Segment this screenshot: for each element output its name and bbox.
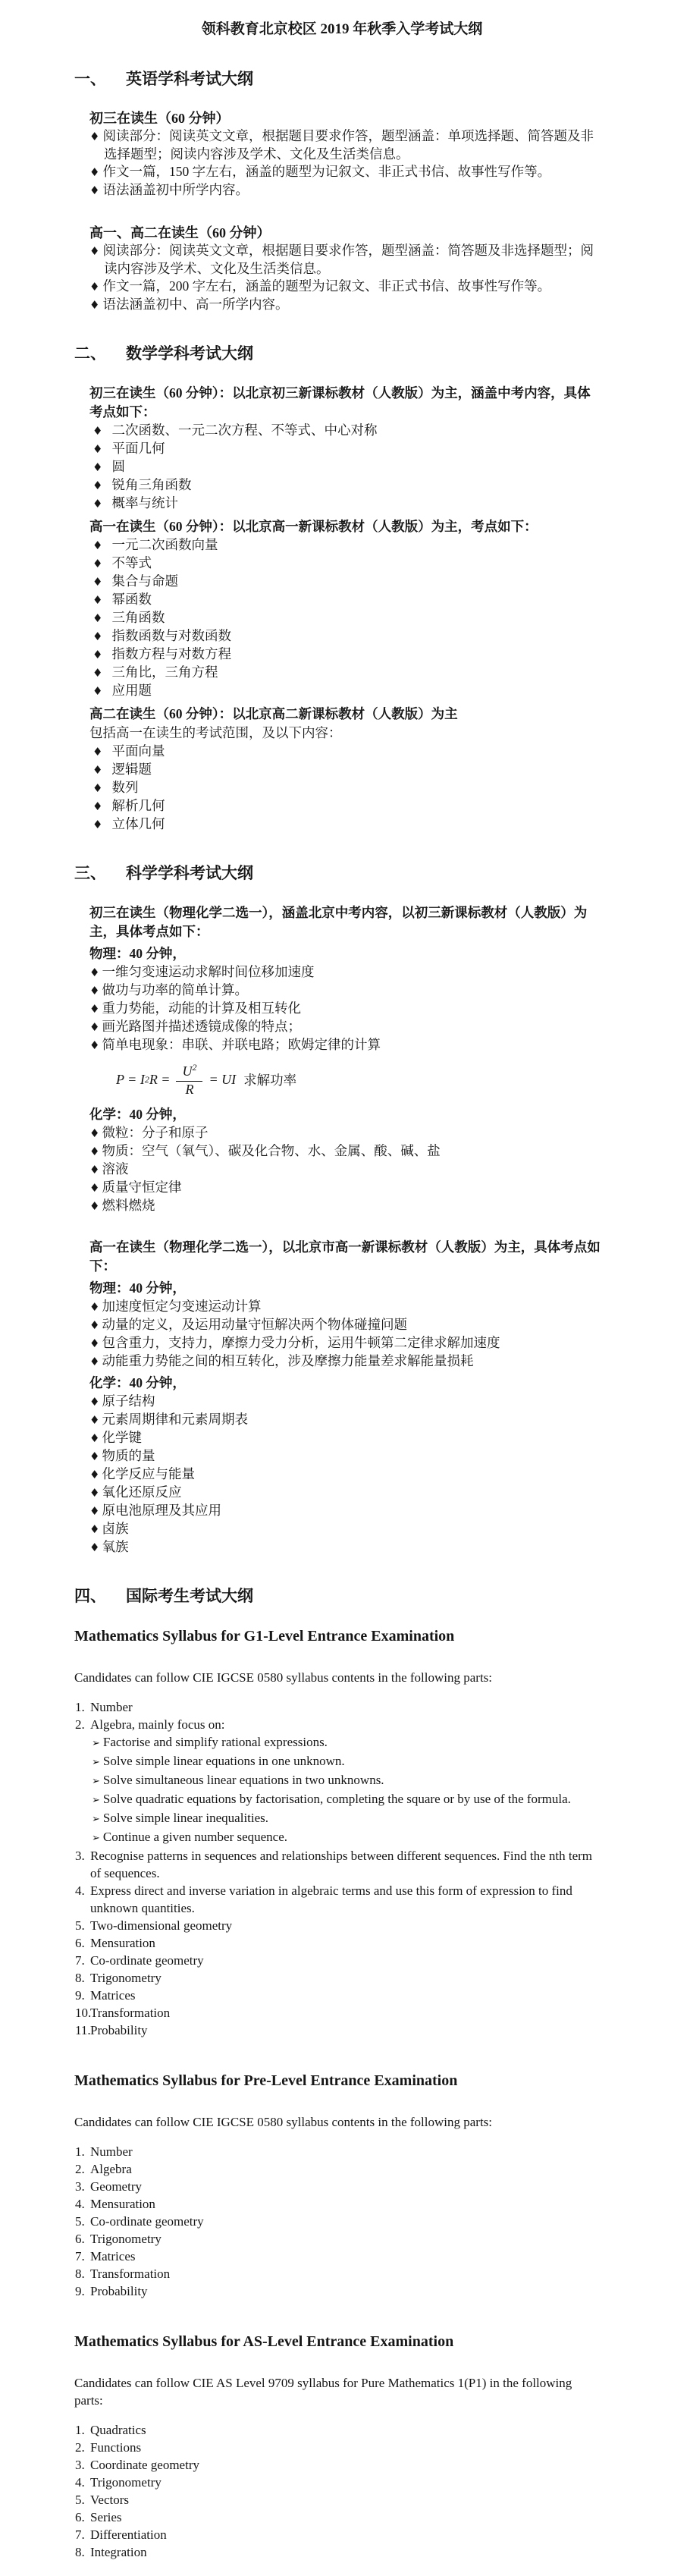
bullet-text: 应用题 <box>111 683 152 698</box>
section-number: 一、 <box>74 70 106 88</box>
diamond-bullet-icon: ♦ <box>89 1337 99 1350</box>
section-heading: 一、英语学科考试大纲 <box>74 68 603 90</box>
arrow-bullet-icon: ➢ <box>92 1814 100 1825</box>
item-text: Number <box>90 2144 133 2159</box>
diamond-bullet-icon: ♦ <box>89 1355 99 1368</box>
item-number: 1. <box>75 2421 85 2439</box>
bullet-text: 原子结构 <box>102 1393 155 1409</box>
diamond-bullet-icon: ♦ <box>89 165 99 179</box>
item-text: Quadratics <box>90 2423 146 2437</box>
diamond-bullet-icon: ♦ <box>89 280 99 294</box>
en-intro-paragraph: Candidates can follow CIE IGCSE 0580 syl… <box>74 2113 603 2131</box>
item-number: 7. <box>75 2248 85 2265</box>
bullet-text: 氧族 <box>102 1539 128 1554</box>
diamond-bullet-icon: ♦ <box>93 781 102 795</box>
diamond-bullet-icon: ♦ <box>89 1038 99 1052</box>
en-list-item: 2.Functions <box>74 2439 603 2456</box>
bullet-item: ♦平面几何 <box>89 440 603 458</box>
section-title: 科学学科考试大纲 <box>126 864 253 882</box>
diamond-bullet-icon: ♦ <box>93 630 102 643</box>
en-list-item: 7.Differentiation <box>74 2526 603 2543</box>
bullet-text: 指数函数与对数函数 <box>111 628 231 643</box>
item-number: 5. <box>75 1917 85 1934</box>
item-text: Vectors <box>90 2493 129 2507</box>
bullet-item: ♦氧化还原反应 <box>89 1484 603 1502</box>
bullet-item: ♦解析几何 <box>89 797 603 815</box>
section-title: 英语学科考试大纲 <box>126 70 253 88</box>
bullet-item: ♦阅读部分：阅读英文文章，根据题目要求作答，题型涵盖：单项选择题、简答题及非选择… <box>89 127 603 163</box>
item-text: Algebra <box>90 2162 132 2176</box>
bullet-item: ♦三角比，三角方程 <box>89 664 603 682</box>
item-number: 8. <box>75 2543 85 2561</box>
section-number: 四、 <box>74 1587 106 1605</box>
arrow-item-text: Solve simple linear inequalities. <box>103 1811 268 1825</box>
bullet-item: ♦语法涵盖初中所学内容。 <box>89 181 603 199</box>
bullet-text: 指数方程与对数方程 <box>111 646 231 661</box>
bullet-item: ♦化学反应与能量 <box>89 1465 603 1484</box>
diamond-bullet-icon: ♦ <box>89 130 99 143</box>
bullet-list: ♦一元二次函数向量♦不等式♦集合与命题♦幂函数♦三角函数♦指数函数与对数函数♦指… <box>89 536 603 700</box>
bullet-list: ♦阅读部分：阅读英文文章，根据题目要求作答，题型涵盖：单项选择题、简答题及非选择… <box>89 127 603 199</box>
en-list-item: 6.Trigonometry <box>74 2230 603 2248</box>
item-text: Matrices <box>90 2249 135 2263</box>
item-number: 11. <box>75 2022 91 2039</box>
en-list-item: 10.Transformation <box>74 2004 603 2022</box>
item-number: 9. <box>75 2282 85 2300</box>
fraction-denominator: R <box>185 1082 193 1098</box>
arrow-item: ➢Continue a given number sequence. <box>90 1828 603 1847</box>
bullet-list: ♦阅读部分：阅读英文文章，根据题目要求作答，题型涵盖：简答题及非选择题型；阅读内… <box>89 242 603 314</box>
bullet-list: ♦二次函数、一元二次方程、不等式、中心对称♦平面几何♦圆♦锐角三角函数♦概率与统… <box>89 422 603 513</box>
item-text: Series <box>90 2510 122 2524</box>
bold-paragraph: 高一在读生（物理化学二选一），以北京市高一新课标教材（人教版）为主，具体考点如下… <box>89 1238 603 1276</box>
diamond-bullet-icon: ♦ <box>89 184 99 197</box>
bullet-text: 集合与命题 <box>111 573 178 589</box>
bullet-text: 动量的定义，及运用动量守恒解决两个物体碰撞问题 <box>102 1317 407 1332</box>
diamond-bullet-icon: ♦ <box>89 1300 99 1314</box>
fraction-num-sup: 2 <box>192 1062 196 1073</box>
bullet-text: 不等式 <box>111 555 152 570</box>
item-number: 8. <box>75 2265 85 2282</box>
en-numbered-list: 1.Number2.Algebra3.Geometry4.Mensuration… <box>74 2143 603 2300</box>
bullet-text: 二次函数、一元二次方程、不等式、中心对称 <box>111 423 377 438</box>
bullet-item: ♦圆 <box>89 458 603 476</box>
item-number: 2. <box>75 2160 85 2178</box>
item-text: Probability <box>90 2284 148 2298</box>
diamond-bullet-icon: ♦ <box>89 1318 99 1332</box>
formula-pre-base: P = I <box>116 1072 145 1088</box>
bullet-text: 阅读部分：阅读英文文章，根据题目要求作答，题型涵盖：单项选择题、简答题及非选择题… <box>102 128 594 162</box>
bold-paragraph: 初三在读生（60 分钟）：以北京初三新课标教材（人教版）为主，涵盖中考内容，具体… <box>89 384 603 422</box>
bullet-text: 一元二次函数向量 <box>111 537 218 552</box>
paragraph: 包括高一在读生的考试范围，及以下内容： <box>89 724 603 743</box>
bullet-text: 解析几何 <box>111 798 165 813</box>
bold-paragraph: 物理：40 分钟， <box>89 944 603 963</box>
diamond-bullet-icon: ♦ <box>93 575 102 589</box>
diamond-bullet-icon: ♦ <box>89 1522 99 1536</box>
diamond-bullet-icon: ♦ <box>93 442 102 456</box>
en-list-item: 5.Vectors <box>74 2491 603 2508</box>
bullet-text: 微粒：分子和原子 <box>102 1125 208 1140</box>
bullet-text: 重力势能，动能的计算及相互转化 <box>102 1001 301 1016</box>
diamond-bullet-icon: ♦ <box>93 479 102 492</box>
arrow-bullet-icon: ➢ <box>92 1757 100 1768</box>
bullet-list: ♦一维匀变速运动求解时间位移加速度♦做功与功率的简单计算。♦重力势能，动能的计算… <box>89 963 603 1054</box>
diamond-bullet-icon: ♦ <box>89 1020 99 1034</box>
bold-paragraph: 高二在读生（60 分钟）：以北京高二新课标教材（人教版）为主 <box>89 705 603 724</box>
bullet-item: ♦锐角三角函数 <box>89 476 603 495</box>
bullet-text: 一维匀变速运动求解时间位移加速度 <box>102 964 314 979</box>
bullet-text: 包含重力，支持力，摩擦力受力分析，运用牛顿第二定律求解加速度 <box>102 1335 500 1350</box>
item-number: 6. <box>75 2508 85 2526</box>
en-list-item: 8.Trigonometry <box>74 1969 603 1987</box>
bullet-item: ♦一维匀变速运动求解时间位移加速度 <box>89 963 603 982</box>
bullet-item: ♦溶液 <box>89 1161 603 1179</box>
diamond-bullet-icon: ♦ <box>89 244 99 258</box>
item-text: Integration <box>90 2545 147 2559</box>
power-formula: P = I2R =U2R= UI求解功率 <box>116 1062 603 1098</box>
bullet-text: 质量守恒定律 <box>102 1180 181 1195</box>
item-text: Matrices <box>90 1988 135 2003</box>
en-list-item: 2.Algebra <box>74 2160 603 2178</box>
bullet-item: ♦物质：空气（氧气）、碳及化合物、水、金属、酸、碱、盐 <box>89 1142 603 1161</box>
bullet-item: ♦立体几何 <box>89 815 603 834</box>
en-list-item: 4.Trigonometry <box>74 2474 603 2491</box>
diamond-bullet-icon: ♦ <box>93 539 102 552</box>
bullet-text: 概率与统计 <box>111 495 178 510</box>
diamond-bullet-icon: ♦ <box>89 1163 99 1176</box>
bullet-item: ♦指数方程与对数方程 <box>89 646 603 664</box>
item-text: Coordinate geometry <box>90 2458 199 2472</box>
en-list-item: 4.Express direct and inverse variation i… <box>74 1882 603 1917</box>
arrow-bullet-icon: ➢ <box>92 1776 100 1787</box>
diamond-bullet-icon: ♦ <box>93 424 102 438</box>
item-text: Recognise patterns in sequences and rela… <box>90 1849 592 1880</box>
en-list-item: 1.Quadratics <box>74 2421 603 2439</box>
en-list-item: 7.Co-ordinate geometry <box>74 1952 603 1969</box>
en-numbered-list: 1.Quadratics2.Functions3.Coordinate geom… <box>74 2421 603 2561</box>
subsection-heading: 初三在读生（60 分钟） <box>89 109 603 127</box>
diamond-bullet-icon: ♦ <box>93 593 102 607</box>
diamond-bullet-icon: ♦ <box>93 800 102 813</box>
item-text: Mensuration <box>90 1936 155 1950</box>
bullet-text: 锐角三角函数 <box>111 477 191 492</box>
bullet-text: 化学反应与能量 <box>102 1466 195 1481</box>
en-list-item: 3.Coordinate geometry <box>74 2456 603 2474</box>
diamond-bullet-icon: ♦ <box>89 1413 99 1427</box>
bullet-item: ♦重力势能，动能的计算及相互转化 <box>89 1000 603 1018</box>
item-number: 4. <box>75 2195 85 2213</box>
en-list-item: 3.Geometry <box>74 2178 603 2195</box>
en-intro-paragraph: Candidates can follow CIE AS Level 9709 … <box>74 2374 603 2409</box>
item-text: Trigonometry <box>90 1971 162 1985</box>
arrow-item: ➢Solve simultaneous linear equations in … <box>90 1771 603 1790</box>
item-text: Number <box>90 1700 133 1714</box>
diamond-bullet-icon: ♦ <box>89 1450 99 1463</box>
diamond-bullet-icon: ♦ <box>93 666 102 680</box>
diamond-bullet-icon: ♦ <box>89 1431 99 1445</box>
arrow-item-text: Factorise and simplify rational expressi… <box>103 1735 328 1749</box>
bullet-text: 平面几何 <box>111 441 165 456</box>
item-text: Trigonometry <box>90 2475 162 2490</box>
item-text: Probability <box>90 2023 148 2037</box>
diamond-bullet-icon: ♦ <box>93 460 102 474</box>
bullet-text: 物质的量 <box>102 1448 155 1463</box>
item-number: 5. <box>75 2213 85 2230</box>
section-heading: 三、科学学科考试大纲 <box>74 862 603 884</box>
diamond-bullet-icon: ♦ <box>89 1145 99 1158</box>
arrow-bullet-icon: ➢ <box>92 1738 100 1749</box>
bullet-item: ♦包含重力，支持力，摩擦力受力分析，运用牛顿第二定律求解加速度 <box>89 1334 603 1352</box>
en-list-item: 8.Transformation <box>74 2265 603 2282</box>
section-number: 三、 <box>74 864 106 882</box>
bullet-list: ♦平面向量♦逻辑题♦数列♦解析几何♦立体几何 <box>89 743 603 834</box>
bullet-item: ♦原电池原理及其应用 <box>89 1502 603 1520</box>
en-list-item: 6.Mensuration <box>74 1934 603 1952</box>
formula-pre-eq: R = <box>149 1072 171 1088</box>
bullet-item: ♦物质的量 <box>89 1447 603 1465</box>
bullet-text: 原电池原理及其应用 <box>102 1503 221 1518</box>
item-text: Functions <box>90 2440 141 2455</box>
bullet-item: ♦不等式 <box>89 554 603 573</box>
item-text: Co-ordinate geometry <box>90 2214 204 2229</box>
bullet-text: 氧化还原反应 <box>102 1484 181 1500</box>
diamond-bullet-icon: ♦ <box>93 557 102 570</box>
arrow-item: ➢Solve simple linear inequalities. <box>90 1809 603 1828</box>
document-title: 领科教育北京校区 2019 年秋季入学考试大纲 <box>81 20 603 39</box>
item-text: Co-ordinate geometry <box>90 1953 204 1968</box>
bullet-item: ♦加速度恒定匀变速运动计算 <box>89 1298 603 1316</box>
bullet-item: ♦作文一篇，200 字左右，涵盖的题型为记叙文、非正式书信、故事性写作等。 <box>89 278 603 296</box>
item-number: 1. <box>75 1698 85 1716</box>
bullet-item: ♦氧族 <box>89 1538 603 1557</box>
diamond-bullet-icon: ♦ <box>93 611 102 625</box>
en-list-item: 11.Probability <box>74 2022 603 2039</box>
arrow-item: ➢Solve quadratic equations by factorisat… <box>90 1790 603 1809</box>
bullet-text: 画光路图并描述透镜成像的特点； <box>102 1019 301 1034</box>
diamond-bullet-icon: ♦ <box>93 818 102 831</box>
bullet-text: 做功与功率的简单计算。 <box>102 982 248 997</box>
diamond-bullet-icon: ♦ <box>89 1126 99 1140</box>
diamond-bullet-icon: ♦ <box>93 745 102 759</box>
bullet-item: ♦二次函数、一元二次方程、不等式、中心对称 <box>89 422 603 440</box>
bullet-list: ♦原子结构♦元素周期律和元素周期表♦化学键♦物质的量♦化学反应与能量♦氧化还原反… <box>89 1393 603 1557</box>
bullet-item: ♦元素周期律和元素周期表 <box>89 1411 603 1429</box>
bullet-item: ♦质量守恒定律 <box>89 1179 603 1197</box>
diamond-bullet-icon: ♦ <box>89 1181 99 1195</box>
section-number: 二、 <box>74 344 106 363</box>
bullet-item: ♦平面向量 <box>89 743 603 761</box>
item-number: 2. <box>75 1716 85 1733</box>
bullet-item: ♦概率与统计 <box>89 495 603 513</box>
bullet-text: 数列 <box>111 780 138 795</box>
bullet-item: ♦阅读部分：阅读英文文章，根据题目要求作答，题型涵盖：简答题及非选择题型；阅读内… <box>89 242 603 278</box>
bullet-item: ♦动量的定义，及运用动量守恒解决两个物体碰撞问题 <box>89 1316 603 1334</box>
bullet-text: 语法涵盖初中所学内容。 <box>102 182 249 197</box>
item-text: Trigonometry <box>90 2232 162 2246</box>
bullet-item: ♦逻辑题 <box>89 761 603 779</box>
item-number: 8. <box>75 1969 85 1987</box>
bullet-item: ♦集合与命题 <box>89 573 603 591</box>
bullet-text: 语法涵盖初中、高一所学内容。 <box>102 297 288 312</box>
item-text: Transformation <box>90 2006 170 2020</box>
bold-paragraph: 高一在读生（60 分钟）：以北京高一新课标教材（人教版）为主，考点如下： <box>89 517 603 536</box>
en-list-item: 1.Number <box>74 1698 603 1716</box>
bold-paragraph: 化学：40 分钟， <box>89 1105 603 1124</box>
en-heading: Mathematics Syllabus for G1-Level Entran… <box>74 1626 603 1646</box>
en-list-item: 9.Probability <box>74 2282 603 2300</box>
en-numbered-list: 1.Number2.Algebra, mainly focus on:➢Fact… <box>74 1698 603 2039</box>
bullet-item: ♦卤族 <box>89 1520 603 1538</box>
diamond-bullet-icon: ♦ <box>89 1486 99 1500</box>
bullet-text: 加速度恒定匀变速运动计算 <box>102 1299 261 1314</box>
item-text: Express direct and inverse variation in … <box>90 1883 572 1915</box>
bold-paragraph: 化学：40 分钟， <box>89 1374 603 1393</box>
diamond-bullet-icon: ♦ <box>93 497 102 510</box>
bullet-text: 三角比，三角方程 <box>111 664 218 680</box>
arrow-item-text: Continue a given number sequence. <box>103 1830 287 1844</box>
arrow-item: ➢Solve simple linear equations in one un… <box>90 1752 603 1771</box>
bullet-text: 燃料燃烧 <box>102 1198 155 1213</box>
diamond-bullet-icon: ♦ <box>93 648 102 661</box>
en-list-item: 7.Matrices <box>74 2248 603 2265</box>
bullet-item: ♦幂函数 <box>89 591 603 609</box>
item-number: 10. <box>75 2004 91 2022</box>
bullet-item: ♦原子结构 <box>89 1393 603 1411</box>
arrow-bullet-icon: ➢ <box>92 1833 100 1844</box>
bullet-text: 圆 <box>111 459 125 474</box>
subsection-heading: 高一、高二在读生（60 分钟） <box>89 224 603 242</box>
bullet-text: 元素周期律和元素周期表 <box>102 1412 248 1427</box>
fraction-numerator: U2 <box>176 1062 202 1082</box>
diamond-bullet-icon: ♦ <box>89 1468 99 1481</box>
bullet-text: 三角函数 <box>111 610 165 625</box>
diamond-bullet-icon: ♦ <box>89 298 99 312</box>
bullet-text: 逻辑题 <box>111 762 152 777</box>
formula-label: 求解功率 <box>243 1070 296 1089</box>
bullet-text: 化学键 <box>102 1430 142 1445</box>
bullet-item: ♦微粒：分子和原子 <box>89 1124 603 1142</box>
arrow-item-text: Solve simple linear equations in one unk… <box>103 1754 345 1768</box>
formula-math: P = I2R =U2R= UI <box>116 1062 236 1098</box>
item-number: 6. <box>75 1934 85 1952</box>
item-number: 5. <box>75 2491 85 2508</box>
bullet-item: ♦做功与功率的简单计算。 <box>89 982 603 1000</box>
item-text: Algebra, mainly focus on: <box>90 1717 225 1732</box>
bullet-item: ♦一元二次函数向量 <box>89 536 603 554</box>
bullet-list: ♦微粒：分子和原子♦物质：空气（氧气）、碳及化合物、水、金属、酸、碱、盐♦溶液♦… <box>89 1124 603 1215</box>
bullet-text: 幂函数 <box>111 592 152 607</box>
diamond-bullet-icon: ♦ <box>89 1002 99 1016</box>
bullet-item: ♦应用题 <box>89 682 603 700</box>
bullet-item: ♦数列 <box>89 779 603 797</box>
item-number: 9. <box>75 1987 85 2004</box>
item-number: 7. <box>75 2526 85 2543</box>
bullet-item: ♦动能重力势能之间的相互转化，涉及摩擦力能量差求解能量损耗 <box>89 1352 603 1371</box>
item-text: Differentiation <box>90 2527 167 2542</box>
arrow-item: ➢Factorise and simplify rational express… <box>90 1733 603 1752</box>
bullet-item: ♦画光路图并描述透镜成像的特点； <box>89 1018 603 1036</box>
bullet-item: ♦简单电现象：串联、并联电路；欧姆定律的计算 <box>89 1036 603 1054</box>
en-list-item: 3.Recognise patterns in sequences and re… <box>74 1847 603 1882</box>
arrow-item-text: Solve quadratic equations by factorisati… <box>103 1792 571 1806</box>
en-list-item: 6.Series <box>74 2508 603 2526</box>
item-text: Geometry <box>90 2179 142 2194</box>
en-list-item: 5.Co-ordinate geometry <box>74 2213 603 2230</box>
bullet-text: 作文一篇，200 字左右，涵盖的题型为记叙文、非正式书信、故事性写作等。 <box>102 278 550 294</box>
bullet-text: 溶液 <box>102 1161 128 1176</box>
arrow-item-text: Solve simultaneous linear equations in t… <box>103 1773 384 1787</box>
diamond-bullet-icon: ♦ <box>89 966 99 979</box>
bullet-item: ♦语法涵盖初中、高一所学内容。 <box>89 296 603 314</box>
item-text: Mensuration <box>90 2197 155 2211</box>
item-number: 2. <box>75 2439 85 2456</box>
formula-fraction: U2R <box>176 1062 202 1098</box>
item-number: 3. <box>75 2178 85 2195</box>
en-heading: Mathematics Syllabus for Pre-Level Entra… <box>74 2071 603 2091</box>
item-number: 1. <box>75 2143 85 2160</box>
en-list-item: 4.Mensuration <box>74 2195 603 2213</box>
bullet-item: ♦化学键 <box>89 1429 603 1447</box>
bold-paragraph: 初三在读生（物理化学二选一），涵盖北京中考内容，以初三新课标教材（人教版）为主，… <box>89 903 603 941</box>
arrow-bullet-icon: ➢ <box>92 1795 100 1806</box>
diamond-bullet-icon: ♦ <box>93 763 102 777</box>
section-heading: 二、数学学科考试大纲 <box>74 343 603 364</box>
bullet-text: 物质：空气（氧气）、碳及化合物、水、金属、酸、碱、盐 <box>102 1143 440 1158</box>
bullet-text: 简单电现象：串联、并联电路；欧姆定律的计算 <box>102 1037 381 1052</box>
bullet-text: 立体几何 <box>111 816 165 831</box>
diamond-bullet-icon: ♦ <box>93 684 102 698</box>
bullet-item: ♦作文一篇，150 字左右，涵盖的题型为记叙文、非正式书信、故事性写作等。 <box>89 163 603 181</box>
bullet-text: 作文一篇，150 字左右，涵盖的题型为记叙文、非正式书信、故事性写作等。 <box>102 164 550 179</box>
item-number: 3. <box>75 1847 85 1864</box>
formula-post: = UI <box>209 1072 236 1088</box>
en-list-item: 1.Number <box>74 2143 603 2160</box>
bullet-item: ♦燃料燃烧 <box>89 1197 603 1215</box>
en-list-item: 5.Two-dimensional geometry <box>74 1917 603 1934</box>
fraction-num-base: U <box>182 1063 192 1079</box>
document-page: 领科教育北京校区 2019 年秋季入学考试大纲 一、英语学科考试大纲初三在读生（… <box>0 0 690 2576</box>
bullet-item: ♦指数函数与对数函数 <box>89 627 603 646</box>
diamond-bullet-icon: ♦ <box>89 1541 99 1554</box>
en-list-item: 8.Integration <box>74 2543 603 2561</box>
bold-paragraph: 物理：40 分钟， <box>89 1279 603 1298</box>
bullet-list: ♦加速度恒定匀变速运动计算♦动量的定义，及运用动量守恒解决两个物体碰撞问题♦包含… <box>89 1298 603 1371</box>
item-text: Two-dimensional geometry <box>90 1918 232 1933</box>
item-number: 7. <box>75 1952 85 1969</box>
section-title: 国际考生考试大纲 <box>126 1587 253 1605</box>
document-body: 一、英语学科考试大纲初三在读生（60 分钟）♦阅读部分：阅读英文文章，根据题目要… <box>74 68 603 2561</box>
diamond-bullet-icon: ♦ <box>89 1395 99 1409</box>
item-number: 3. <box>75 2456 85 2474</box>
bullet-text: 卤族 <box>102 1521 128 1536</box>
bullet-text: 动能重力势能之间的相互转化，涉及摩擦力能量差求解能量损耗 <box>102 1353 473 1368</box>
bullet-text: 平面向量 <box>111 743 165 759</box>
en-heading: Mathematics Syllabus for AS-Level Entran… <box>74 2332 603 2351</box>
item-number: 4. <box>75 2474 85 2491</box>
diamond-bullet-icon: ♦ <box>89 1199 99 1213</box>
bullet-text: 阅读部分：阅读英文文章，根据题目要求作答，题型涵盖：简答题及非选择题型；阅读内容… <box>102 243 594 276</box>
bullet-item: ♦三角函数 <box>89 609 603 627</box>
item-number: 6. <box>75 2230 85 2248</box>
en-intro-paragraph: Candidates can follow CIE IGCSE 0580 syl… <box>74 1669 603 1686</box>
en-list-item: 9.Matrices <box>74 1987 603 2004</box>
en-list-item: 2.Algebra, mainly focus on:➢Factorise an… <box>74 1716 603 1847</box>
item-text: Transformation <box>90 2267 170 2281</box>
item-number: 4. <box>75 1882 85 1899</box>
section-heading: 四、国际考生考试大纲 <box>74 1585 603 1607</box>
section-title: 数学学科考试大纲 <box>126 344 253 363</box>
